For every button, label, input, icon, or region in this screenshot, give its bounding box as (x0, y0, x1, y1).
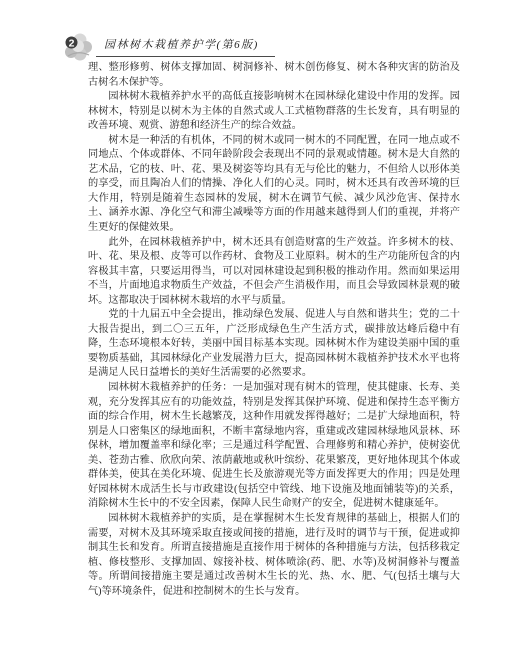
running-header: 2 园林树木栽植养护学(第6版) (62, 30, 275, 62)
page-body-text: 理、整形修剪、树体支撑加固、树洞修补、树木创伤修复、树木各种灾害的防治及古树名木… (88, 61, 460, 599)
book-page: 2 园林树木栽植养护学(第6版) 理、整形修剪、树体支撑加固、树洞修补、树木创伤… (0, 0, 520, 667)
paragraph: 党的十九届五中全会提出，推动绿色发展、促进人与自然和谐共生；党的二十大报告提出，… (88, 308, 460, 381)
paragraph: 理、整形修剪、树体支撑加固、树洞修补、树木创伤修复、树木各种灾害的防治及古树名木… (88, 61, 460, 90)
paragraph: 此外，在园林栽植养护中，树木还具有创造财富的生产效益。许多树木的枝、叶、花、果及… (88, 236, 460, 309)
paragraph: 园林树木栽植养护的实质，是在掌握树木生长发育规律的基础上，根据人们的需要，对树木… (88, 512, 460, 599)
page-number: 2 (69, 37, 75, 49)
paragraph: 园林树木栽植养护水平的高低直接影响树木在园林绿化建设中作用的发挥。园林树木，特别… (88, 90, 460, 134)
flower-ornament-icon: 2 (62, 30, 94, 62)
book-title: 园林树木栽植养护学(第6版) (96, 36, 275, 57)
paragraph: 树木是一种活的有机体，不同的树木或同一树木的不同配置，在同一地点或不同地点、个体… (88, 134, 460, 236)
paragraph: 园林树木栽植养护的任务：一是加强对现有树木的管理，使其健康、长寿、美观，充分发挥… (88, 381, 460, 512)
